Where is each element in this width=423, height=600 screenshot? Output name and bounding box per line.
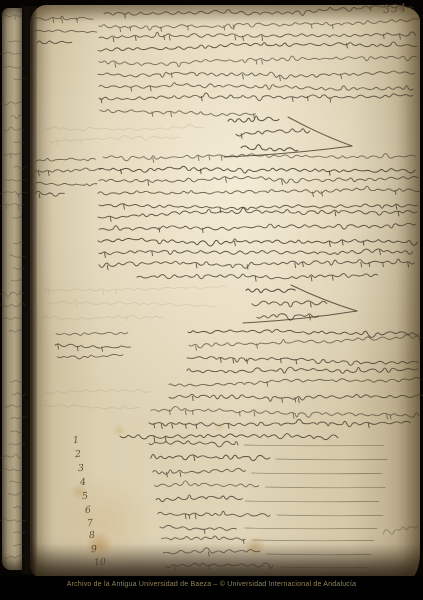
archive-photo: 334 12345678910 Archivo de la Antigua Un… [0,0,423,600]
list-number: 5 [82,491,89,503]
list-number: 1 [72,435,79,447]
list-number: 10 [93,556,106,568]
graduates-list [149,441,387,570]
list-number: 3 [77,463,84,475]
caption-text: Archivo de la Antigua Universidad de Bae… [67,581,357,588]
margin-scribble [383,522,418,536]
margin-note-3 [55,332,131,359]
signature-2 [243,285,357,323]
caption-bar: Archivo de la Antigua Universidad de Bae… [0,576,423,600]
page-number: 334 [382,1,407,16]
paragraph-2 [98,154,420,282]
signature-1 [224,116,352,157]
list-number: 6 [84,505,91,517]
paragraph-3 [120,329,422,441]
list-number: 8 [89,530,96,542]
list-number: 7 [86,518,93,530]
facing-page-text [0,15,27,559]
margin-note-2 [35,158,101,198]
handwriting-ink [0,0,423,600]
paragraph-1 [98,6,418,119]
show-through-ghost [42,124,225,409]
margin-note-1 [35,16,97,43]
list-number: 4 [79,477,86,489]
